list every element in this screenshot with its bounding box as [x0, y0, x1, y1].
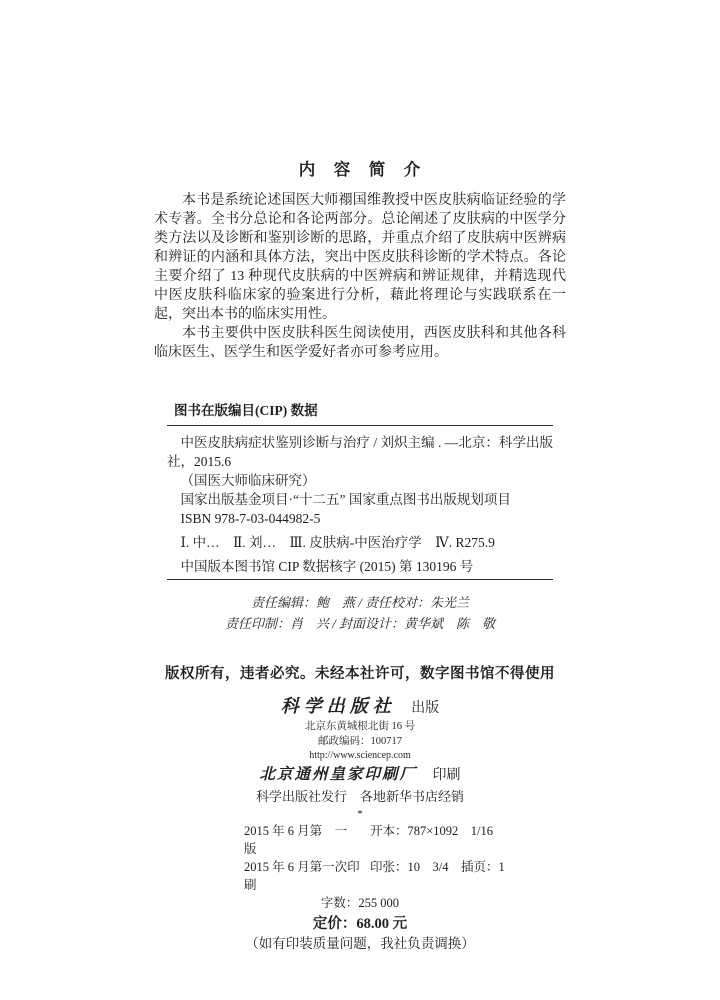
print-label: 印刷 [433, 768, 461, 783]
credits-design-line: 责任印制：肖 兴 / 封面设计：黄华斌 陈 敬 [154, 613, 566, 634]
edition-block: 2015 年 6 月第 一 版 开本：787×1092 1/16 2015 年 … [154, 822, 566, 953]
publisher-postcode: 邮政编码：100717 [154, 735, 566, 750]
intro-section: 内 容 简 介 本书是系统论述国医大师禤国维教授中医皮肤病临证经验的学术专著。全… [154, 156, 566, 362]
price: 定价：68.00 元 [154, 914, 566, 934]
printing-date: 2015 年 6 月第一次印刷 [244, 858, 370, 894]
separator-star: * [154, 808, 566, 820]
edition-row-1: 2015 年 6 月第 一 版 开本：787×1092 1/16 [154, 822, 566, 858]
cip-isbn-line: ISBN 978-7-03-044982-5 [167, 509, 553, 528]
publish-label: 出版 [411, 701, 439, 716]
edition-date-first: 2015 年 6 月第 一 版 [244, 822, 370, 858]
intro-paragraph-2: 本书主要供中医皮肤科医生阅读使用，西医皮肤科和其他各科临床医生、医学生和医学爱好… [154, 324, 566, 362]
printer-name: 北京通州皇家印刷厂 [259, 766, 417, 783]
credits-editor-line: 责任编辑：鲍 燕 / 责任校对：朱光兰 [154, 592, 566, 613]
cip-record-line: 中国版本图书馆 CIP 数据核字 (2015) 第 130196 号 [167, 557, 553, 576]
intro-paragraph-1: 本书是系统论述国医大师禤国维教授中医皮肤病临证经验的学术专著。全书分总论和各论两… [154, 191, 566, 324]
distribution-line: 科学出版社发行 各地新华书店经销 [154, 788, 566, 806]
publisher-line: 科学出版社 出版 [154, 695, 566, 720]
quality-note: （如有印装质量问题，我社负责调换） [154, 935, 566, 953]
word-count: 字数：255 000 [154, 894, 566, 912]
publisher-name: 科学出版社 [281, 696, 396, 716]
cip-body: 中医皮肤病症状鉴别诊断与治疗 / 刘炽主编 . —北京：科学出版社，2015.6… [167, 426, 553, 579]
cip-series-line: （国医大师临床研究） [167, 471, 553, 490]
publisher-url: http://www.sciencep.com [154, 749, 566, 762]
cip-bottom-rule [167, 579, 553, 580]
cip-classification-line: Ⅰ. 中… Ⅱ. 刘… Ⅲ. 皮肤病-中医治疗学 Ⅳ. R275.9 [167, 533, 553, 552]
printer-line: 北京通州皇家印刷厂 印刷 [154, 764, 566, 786]
page-content: 内 容 简 介 本书是系统论述国医大师禤国维教授中医皮肤病临证经验的学术专著。全… [154, 0, 566, 953]
credits-block: 责任编辑：鲍 燕 / 责任校对：朱光兰 责任印制：肖 兴 / 封面设计：黄华斌 … [154, 592, 566, 634]
sheets-info: 印张：10 3/4 插页：1 [370, 858, 505, 894]
copyright-page: 内 容 简 介 本书是系统论述国医大师禤国维教授中医皮肤病临证经验的学术专著。全… [0, 0, 720, 1000]
cip-title-line: 中医皮肤病症状鉴别诊断与治疗 / 刘炽主编 . —北京：科学出版社，2015.6 [167, 433, 553, 471]
copyright-warning: 版权所有，违者必究。未经本社许可，数字图书馆不得使用 [154, 662, 566, 683]
intro-title: 内 容 简 介 [154, 156, 566, 180]
cip-block: 图书在版编目(CIP) 数据 中医皮肤病症状鉴别诊断与治疗 / 刘炽主编 . —… [167, 399, 553, 580]
cip-header: 图书在版编目(CIP) 数据 [167, 399, 553, 419]
colophon-block: 科学出版社 出版 北京东黄城根北街 16 号 邮政编码：100717 http:… [154, 695, 566, 820]
edition-row-2: 2015 年 6 月第一次印刷 印张：10 3/4 插页：1 [154, 858, 566, 894]
cip-fund-line: 国家出版基金项目·“十二五” 国家重点图书出版规划项目 [167, 490, 553, 509]
format-info: 开本：787×1092 1/16 [370, 822, 493, 858]
publisher-address: 北京东黄城根北街 16 号 [154, 720, 566, 735]
